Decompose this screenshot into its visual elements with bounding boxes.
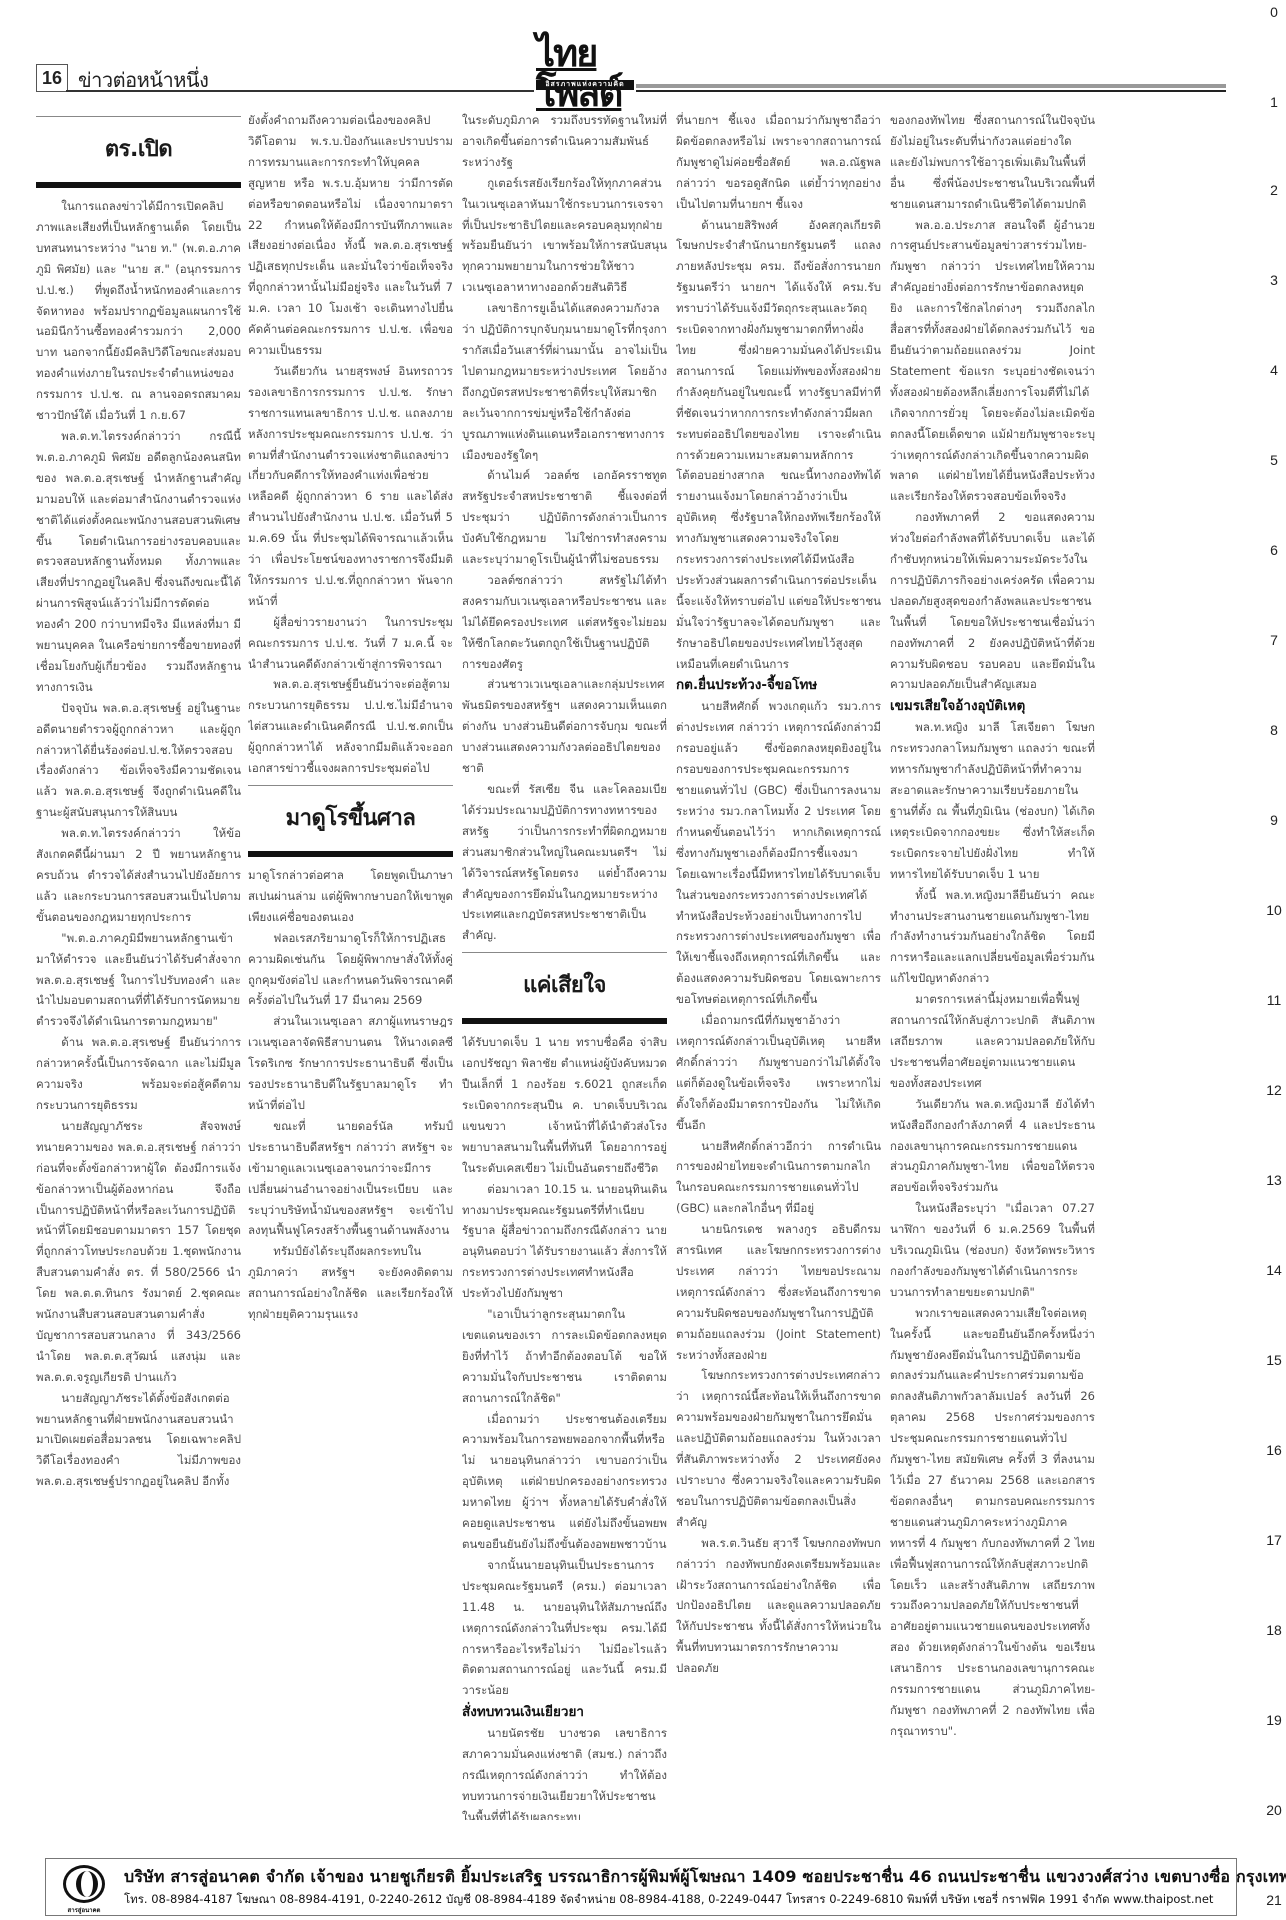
line-number: 9 xyxy=(1262,812,1286,828)
headline-bottom-rule xyxy=(248,851,453,857)
headline-box: มาดูโรขึ้นศาล xyxy=(248,785,453,857)
paragraph: ทั้งนี้ พล.ท.หญิงมาลียืนยันว่า คณะทำงานป… xyxy=(890,885,1095,990)
headline-bottom-rule xyxy=(36,182,241,188)
headline-top-rule xyxy=(36,116,241,117)
masthead-logo: ไทยโพสต์ อิสรภาพแห่งความคิด xyxy=(536,34,636,94)
publisher-logo: สารสู่อนาคต xyxy=(60,1865,108,1909)
paragraph: นายนัตรชัย บางชวด เลขาธิการสภาความมั่นคง… xyxy=(462,1723,667,1820)
line-number: 14 xyxy=(1262,1262,1286,1278)
paragraph: จากนั้นนายอนุทินเป็นประธานการประชุมคณะรั… xyxy=(462,1555,667,1701)
paragraph: ของกองทัพไทย ซึ่งสถานการณ์ในปัจจุบันยังไ… xyxy=(890,110,1095,215)
paragraph: มาดูโรกล่าวต่อศาล โดยพูดเป็นภาษาสเปนผ่าน… xyxy=(248,865,453,928)
headline-box: แค่เสียใจ xyxy=(462,952,667,1024)
paragraph: ยังตั้งคำถามถึงความต่อเนื่องของคลิปวิดีโ… xyxy=(248,110,453,361)
paragraph: วันเดียวกัน พล.ต.หญิงมาลี ยังได้ทำหนังสื… xyxy=(890,1094,1095,1199)
paragraph: พล.ท.หญิง มาลี โสเจียตา โฆษกกระทรวงกลาโห… xyxy=(890,717,1095,884)
paragraph: กองทัพภาคที่ 2 ขอแสดงความห่วงใยต่อกำลังพ… xyxy=(890,507,1095,695)
headline-bottom-rule xyxy=(462,1018,667,1024)
headline: ตร.เปิด xyxy=(36,131,241,166)
article-column-5: ของกองทัพไทย ซึ่งสถานการณ์ในปัจจุบันยังไ… xyxy=(890,110,1095,1820)
paragraph: พล.ร.ต.วินธัย สุวารี โฆษกกองทัพบก กล่าวว… xyxy=(676,1533,881,1679)
logo-tagline: อิสรภาพแห่งความคิด xyxy=(536,80,634,90)
line-number: 5 xyxy=(1262,452,1286,468)
headline: แค่เสียใจ xyxy=(462,967,667,1002)
publisher-contact-line: โทร. 08-8984-4187 โฆษณา 08-8984-4191, 0-… xyxy=(124,1891,1213,1909)
line-number: 18 xyxy=(1262,1622,1286,1638)
paragraph: ในการแถลงข่าวได้มีการเปิดคลิปภาพและเสียง… xyxy=(36,196,241,426)
line-number: 7 xyxy=(1262,632,1286,648)
paragraph: ในระดับภูมิภาค รวมถึงบรรทัดฐานใหม่ที่อาจ… xyxy=(462,110,667,173)
line-number: 10 xyxy=(1262,902,1286,918)
headline: มาดูโรขึ้นศาล xyxy=(248,800,453,835)
paragraph: นายสัญญาภัชระ สัจจพงษ์ ทนายความของ พล.ต.… xyxy=(36,1116,241,1388)
paragraph: พวกเราขอแสดงความเสียใจต่อเหตุในครั้งนี้ … xyxy=(890,1303,1095,1742)
line-number: 17 xyxy=(1262,1532,1286,1548)
paragraph: วันเดียวกัน นายสุรพงษ์ อินทรถาวร รองเลขา… xyxy=(248,361,453,612)
paragraph: "เอาเป็นว่าลูกระสุนมาตกในเขตแดนของเรา กา… xyxy=(462,1304,667,1409)
paragraph: ต่อมาเวลา 10.15 น. นายอนุทินเดินทางมาประ… xyxy=(462,1179,667,1304)
paragraph: ขณะที่ นายดอร์นัล ทรัมป์ ประธานาธิบดีสหร… xyxy=(248,1116,453,1241)
paragraph: นายสีหศักดิ์กล่าวอีกว่า การดำเนินการของฝ… xyxy=(676,1136,881,1220)
paragraph: ผู้สื่อข่าวรายงานว่า ในการประชุมคณะกรรมก… xyxy=(248,612,453,675)
paragraph: เมื่อถามว่า ประชาชนต้องเตรียมความพร้อมใน… xyxy=(462,1409,667,1555)
line-number: 15 xyxy=(1262,1352,1286,1368)
publisher-footer-box: สารสู่อนาคต บริษัท สารสู่อนาคต จำกัด เจ้… xyxy=(45,1858,1237,1916)
headline-top-rule xyxy=(462,952,667,953)
line-number: 3 xyxy=(1262,272,1286,288)
paragraph: ด้านนายสิริพงศ์ อังคสกุลเกียรติ โฆษกประจ… xyxy=(676,215,881,675)
paragraph: เลขาธิการยูเอ็นได้แสดงความกังวลว่า ปฏิบั… xyxy=(462,298,667,465)
paragraph: ฟลอเรสภริยามาดูโรก็ให้การปฏิเสธความผิดเช… xyxy=(248,928,453,1012)
line-number: 8 xyxy=(1262,722,1286,738)
paragraph: พล.ต.อ.สุรเชษฐ์ยืนยันว่าจะต่อสู้ตามกระบว… xyxy=(248,674,453,779)
subheading: สั่งทบทวนเงินเยียวยา xyxy=(462,1701,667,1723)
line-number: 1 xyxy=(1262,94,1286,110)
line-number: 12 xyxy=(1262,1082,1286,1098)
paragraph: เมื่อถามกรณีที่กัมพูชาอ้างว่าเหตุการณ์ดั… xyxy=(676,1010,881,1135)
line-number: 6 xyxy=(1262,542,1286,558)
subheading: กต.ยื่นประท้วง-จี้ขอโทษ xyxy=(676,674,881,696)
paragraph: ที่นายกฯ ชี้แจง เมื่อถามว่ากัมพูชาถือว่า… xyxy=(676,110,881,215)
line-number: 20 xyxy=(1262,1802,1286,1818)
paragraph: พล.อ.อ.ประภาส สอนใจดี ผู้อำนวยการศูนย์ปร… xyxy=(890,215,1095,508)
paragraph: นายสัญญาภัชระได้ตั้งข้อสังเกตต่อพยานหลัก… xyxy=(36,1388,241,1493)
publisher-logo-caption: สารสู่อนาคต xyxy=(60,1905,108,1915)
logo-text: ไทยโพสต์ xyxy=(536,34,636,114)
newspaper-page: 16 ข่าวต่อหน้าหนึ่ง ไทยโพสต์ อิสรภาพแห่ง… xyxy=(0,0,1286,1920)
publisher-info-line: บริษัท สารสู่อนาคต จำกัด เจ้าของ นายชูเก… xyxy=(124,1865,1286,1890)
subheading: เขมรเสียใจอ้างอุบัติเหตุ xyxy=(890,695,1095,717)
line-number-gutter: 0 1 2 3 4 5 6 7 8 9 10 11 12 13 14 15 16… xyxy=(1262,0,1286,1920)
paragraph: ส่วนชาวเวเนซุเอลาและกลุ่มประเทศพันธมิตรข… xyxy=(462,674,667,779)
line-number: 2 xyxy=(1262,182,1286,198)
header-rule-grey xyxy=(636,84,1226,88)
paragraph: ทรัมป์ยังได้ระบุถึงผลกระทบในภูมิภาคว่า ส… xyxy=(248,1241,453,1325)
paragraph: กูเตอร์เรสยังเรียกร้องให้ทุกภาคส่วนในเวเ… xyxy=(462,173,667,298)
paragraph: นายสีหศักดิ์ พวงเกตุแก้ว รมว.การต่างประเ… xyxy=(676,696,881,1010)
paragraph: นายนิกรเดช พลางกูร อธิบดีกรมสารนิเทศ และ… xyxy=(676,1219,881,1365)
paragraph: ด้านไมค์ วอลต์ซ เอกอัครราชทูตสหรัฐประจำส… xyxy=(462,465,667,570)
paragraph: ส่วนในเวเนซุเอลา สภาผู้แทนราษฎรเวเนซุเอล… xyxy=(248,1011,453,1116)
paragraph: มาตรการเหล่านี้มุ่งหมายเพื่อฟื้นฟูสถานกา… xyxy=(890,989,1095,1094)
paragraph: ขณะที่ รัสเซีย จีน และโคลอมเบีย ได้ร่วมป… xyxy=(462,779,667,946)
line-number: 0 xyxy=(1262,4,1286,20)
page-header: 16 ข่าวต่อหน้าหนึ่ง ไทยโพสต์ อิสรภาพแห่ง… xyxy=(36,34,1226,94)
headline-box: ตร.เปิด xyxy=(36,116,241,188)
paragraph: ได้รับบาดเจ็บ 1 นาย ทราบชื่อคือ จ่าสิบเอ… xyxy=(462,1032,667,1178)
line-number: 16 xyxy=(1262,1442,1286,1458)
headline-top-rule xyxy=(248,785,453,786)
header-rule-dark xyxy=(636,90,1226,92)
paragraph: "พ.ต.อ.ภาคภูมิมีพยานหลักฐานเข้ามาให้ตำรว… xyxy=(36,928,241,1033)
paragraph: โฆษกกระทรวงการต่างประเทศกล่าวว่า เหตุการ… xyxy=(676,1365,881,1532)
paragraph: ปัจจุบัน พล.ต.อ.สุรเชษฐ์ อยู่ในฐานะอดีตน… xyxy=(36,698,241,823)
line-number: 4 xyxy=(1262,362,1286,378)
page-number: 16 xyxy=(36,64,68,92)
paragraph: ในหนังสือระบุว่า "เมื่อเวลา 07.27 นาฬิกา… xyxy=(890,1198,1095,1303)
paragraph: พล.ต.ท.ไตรรงค์กล่าวว่า กรณีนี้ พ.ต.อ.ภาค… xyxy=(36,426,241,698)
header-rule-left xyxy=(66,90,534,92)
paragraph: พล.ต.ท.ไตรรงค์กล่าวว่า ให้ข้อสังเกตคดีนี… xyxy=(36,823,241,928)
line-number: 11 xyxy=(1262,992,1286,1008)
paragraph: ด้าน พล.ต.อ.สุรเชษฐ์ ยืนยันว่าการกล่าวหา… xyxy=(36,1032,241,1116)
article-column-2: ยังตั้งคำถามถึงความต่อเนื่องของคลิปวิดีโ… xyxy=(248,110,453,1820)
article-column-1: ตร.เปิด ในการแถลงข่าวได้มีการเปิดคลิปภาพ… xyxy=(36,110,241,1820)
line-number: 19 xyxy=(1262,1712,1286,1728)
article-column-3: ในระดับภูมิภาค รวมถึงบรรทัดฐานใหม่ที่อาจ… xyxy=(462,110,667,1820)
line-number: 21 xyxy=(1262,1892,1286,1908)
publisher-logo-icon xyxy=(63,1865,105,1903)
line-number: 13 xyxy=(1262,1172,1286,1188)
article-column-4: ที่นายกฯ ชี้แจง เมื่อถามว่ากัมพูชาถือว่า… xyxy=(676,110,881,1820)
paragraph: วอลต์ซกล่าวว่า สหรัฐไม่ได้ทำสงครามกับเวเ… xyxy=(462,570,667,675)
